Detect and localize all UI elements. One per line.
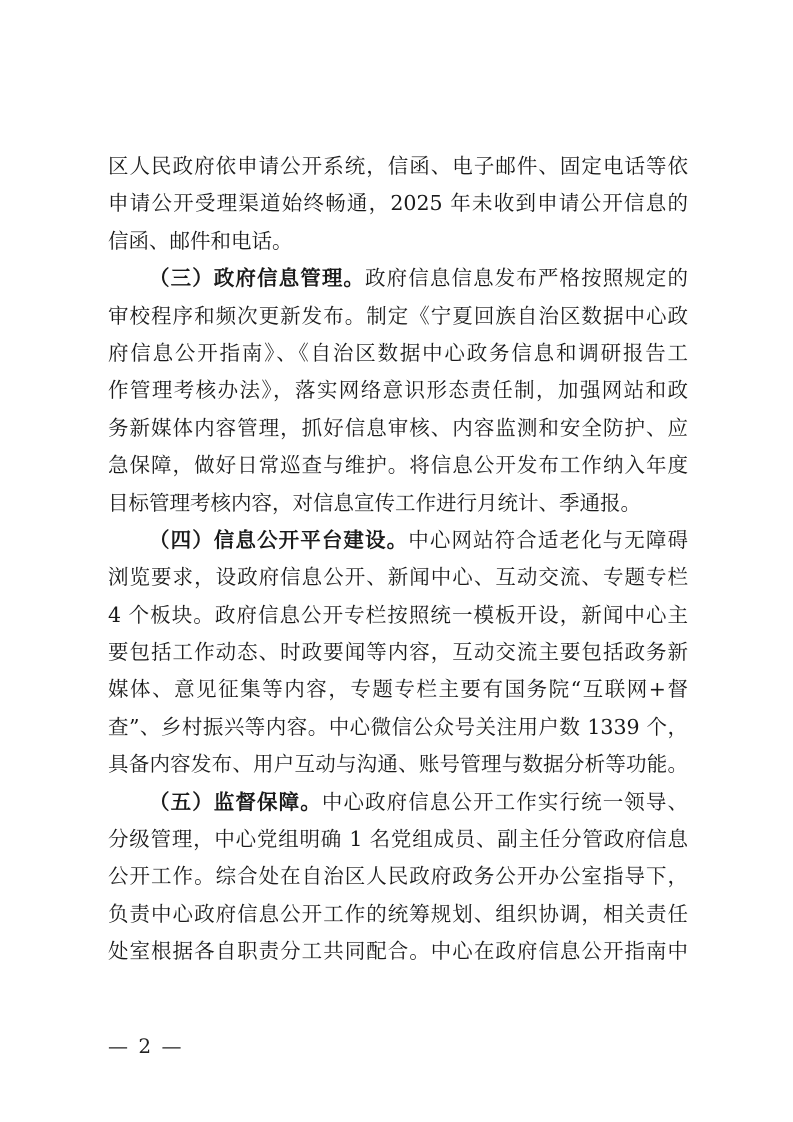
text-line: （三）政府信息管理。政府信息信息发布严格按照规定的 (108, 260, 688, 297)
paragraph-government-info-management: （三）政府信息管理。政府信息信息发布严格按照规定的 审校程序和频次更新发布。制定… (108, 260, 688, 522)
text-run: 政府信息信息发布严格按照规定的 (365, 266, 688, 290)
paragraph-platform-construction: （四）信息公开平台建设。中心网站符合适老化与无障碍 浏览要求，设政府信息公开、新… (108, 522, 688, 784)
text-line: 浏览要求，设政府信息公开、新闻中心、互动交流、专题专栏 (108, 559, 688, 596)
text-line: 具备内容发布、用户互动与沟通、账号管理与数据分析等功能。 (108, 746, 688, 783)
text-line: 务新媒体内容管理，抓好信息审核、内容监测和安全防护、应 (108, 410, 688, 447)
body-text: 区人民政府依申请公开系统，信函、电子邮件、固定电话等依 申请公开受理渠道始终畅通… (108, 148, 688, 971)
text-line: 作管理考核办法》，落实网络意识形态责任制，加强网站和政 (108, 372, 688, 409)
document-page: 区人民政府依申请公开系统，信函、电子邮件、固定电话等依 申请公开受理渠道始终畅通… (0, 0, 793, 1122)
text-line: 急保障，做好日常巡查与维护。将信息公开发布工作纳入年度 (108, 447, 688, 484)
text-run: 中心网站符合适老化与无障碍 (408, 528, 688, 552)
text-line: 处室根据各自职责分工共同配合。中心在政府信息公开指南中 (108, 933, 688, 970)
text-line: 目标管理考核内容，对信息宣传工作进行月统计、季通报。 (108, 485, 688, 522)
text-line: 分级管理，中心党组明确 1 名党组成员、副主任分管政府信息 (108, 821, 688, 858)
section-heading: （四）信息公开平台建设。 (149, 528, 408, 552)
text-line: （四）信息公开平台建设。中心网站符合适老化与无障碍 (108, 522, 688, 559)
text-line: 申请公开受理渠道始终畅通，2025 年未收到申请公开信息的 (108, 185, 688, 222)
text-line: 要包括工作动态、时政要闻等内容，互动交流主要包括政务新 (108, 634, 688, 671)
text-line: 媒体、意见征集等内容，专题专栏主要有国务院“互联网+督 (108, 671, 688, 708)
text-line: 4 个板块。政府信息公开专栏按照统一模板开设，新闻中心主 (108, 597, 688, 634)
text-line: 信函、邮件和电话。 (108, 223, 688, 260)
page-number: — 2 — (108, 1034, 183, 1058)
text-line: 负责中心政府信息公开工作的统筹规划、组织协调，相关责任 (108, 896, 688, 933)
text-line: 审校程序和频次更新发布。制定《宁夏回族自治区数据中心政 (108, 298, 688, 335)
text-line: 查”、乡村振兴等内容。中心微信公众号关注用户数 1339 个， (108, 709, 688, 746)
text-line: 区人民政府依申请公开系统，信函、电子邮件、固定电话等依 (108, 148, 688, 185)
section-heading: （三）政府信息管理。 (149, 266, 365, 290)
text-run: 中心政府信息公开工作实行统一领导、 (322, 790, 688, 814)
paragraph-continuation: 区人民政府依申请公开系统，信函、电子邮件、固定电话等依 申请公开受理渠道始终畅通… (108, 148, 688, 260)
text-line: 公开工作。综合处在自治区人民政府政务公开办公室指导下， (108, 858, 688, 895)
section-heading: （五）监督保障。 (149, 790, 322, 814)
paragraph-supervision: （五）监督保障。中心政府信息公开工作实行统一领导、 分级管理，中心党组明确 1 … (108, 784, 688, 971)
text-line: （五）监督保障。中心政府信息公开工作实行统一领导、 (108, 784, 688, 821)
text-line: 府信息公开指南》、《自治区数据中心政务信息和调研报告工 (108, 335, 688, 372)
